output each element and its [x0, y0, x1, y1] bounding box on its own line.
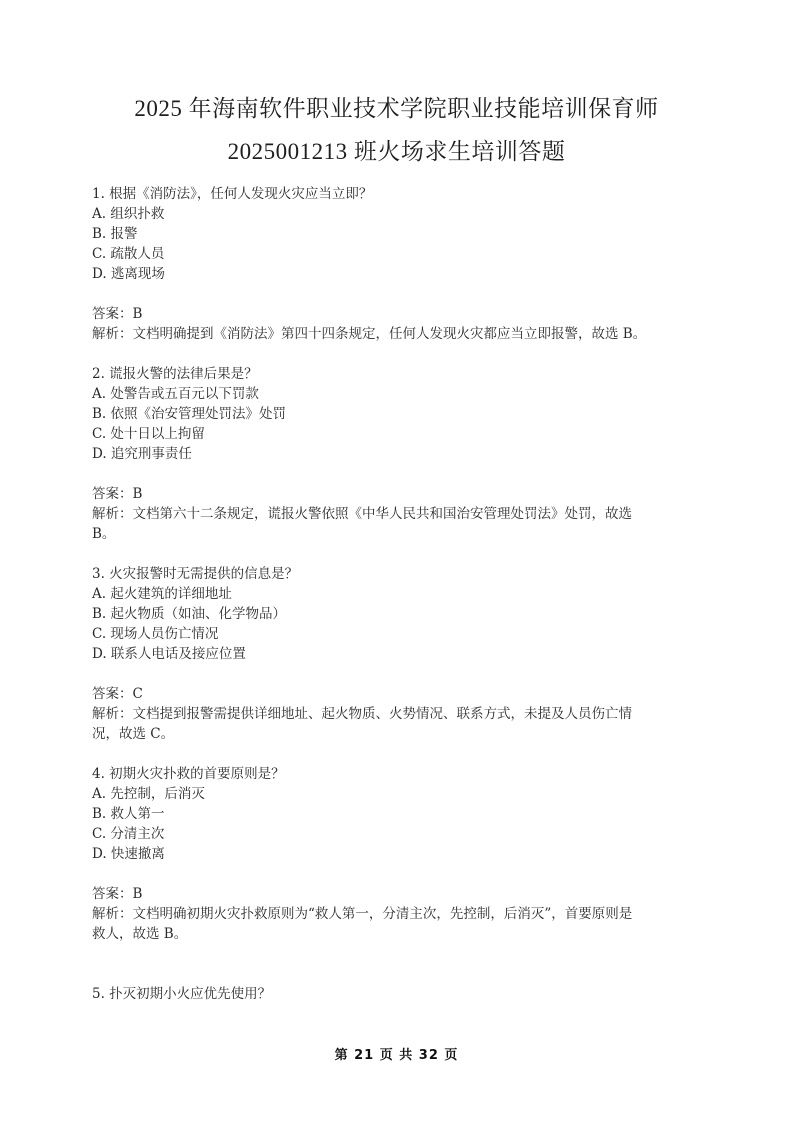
analysis-line1: 解析：文档提到报警需提供详细地址、起火物质、火势情况、联系方式，未提及人员伤亡情 [92, 704, 712, 724]
analysis-line2: 救人，故选 B。 [92, 924, 712, 944]
option-a: A. 处警告或五百元以下罚款 [92, 384, 712, 404]
question-3: 3. 火灾报警时无需提供的信息是？ A. 起火建筑的详细地址 B. 起火物质（如… [92, 564, 712, 764]
question-text: 3. 火灾报警时无需提供的信息是？ [92, 564, 712, 584]
option-b: B. 报警 [92, 224, 712, 244]
analysis-line2: B。 [92, 524, 712, 544]
option-d: D. 逃离现场 [92, 264, 712, 284]
option-c: C. 分清主次 [92, 824, 712, 844]
option-b: B. 依照《治安管理处罚法》处罚 [92, 404, 712, 424]
answer: 答案：C [92, 684, 712, 704]
question-4: 4. 初期火灾扑救的首要原则是？ A. 先控制，后消灭 B. 救人第一 C. 分… [92, 764, 712, 984]
option-d: D. 联系人电话及接应位置 [92, 644, 712, 664]
option-a: A. 组织扑救 [92, 204, 712, 224]
document-page: 2025 年海南软件职业技术学院职业技能培训保育师 2025001213 班火场… [0, 0, 793, 1122]
page-number-footer: 第 21 页 共 32 页 [0, 1044, 793, 1063]
option-d: D. 快速撤离 [92, 844, 712, 864]
option-b: B. 救人第一 [92, 804, 712, 824]
analysis: 解析：文档明确提到《消防法》第四十四条规定，任何人发现火灾都应当立即报警，故选 … [92, 324, 712, 344]
option-c: C. 疏散人员 [92, 244, 712, 264]
option-b: B. 起火物质（如油、化学物品） [92, 604, 712, 624]
option-a: A. 先控制，后消灭 [92, 784, 712, 804]
question-1: 1. 根据《消防法》，任何人发现火灾应当立即？ A. 组织扑救 B. 报警 C.… [92, 184, 712, 364]
answer: 答案：B [92, 884, 712, 904]
answer: 答案：B [92, 484, 712, 504]
document-body: 1. 根据《消防法》，任何人发现火灾应当立即？ A. 组织扑救 B. 报警 C.… [92, 184, 712, 1004]
analysis-line2: 况，故选 C。 [92, 724, 712, 744]
question-2: 2. 谎报火警的法律后果是？ A. 处警告或五百元以下罚款 B. 依照《治安管理… [92, 364, 712, 564]
analysis-line1: 解析：文档明确初期火灾扑救原则为“救人第一，分清主次，先控制，后消灭”，首要原则… [92, 904, 712, 924]
option-a: A. 起火建筑的详细地址 [92, 584, 712, 604]
question-5: 5. 扑灭初期小火应优先使用？ [92, 984, 712, 1004]
answer: 答案：B [92, 304, 712, 324]
option-c: C. 现场人员伤亡情况 [92, 624, 712, 644]
question-text: 5. 扑灭初期小火应优先使用？ [92, 984, 712, 1004]
option-c: C. 处十日以上拘留 [92, 424, 712, 444]
option-d: D. 追究刑事责任 [92, 444, 712, 464]
document-title-line2: 2025001213 班火场求生培训答题 [0, 133, 793, 166]
analysis-line1: 解析：文档第六十二条规定，谎报火警依照《中华人民共和国治安管理处罚法》处罚，故选 [92, 504, 712, 524]
document-title-line1: 2025 年海南软件职业技术学院职业技能培训保育师 [0, 90, 793, 123]
question-text: 2. 谎报火警的法律后果是？ [92, 364, 712, 384]
question-text: 4. 初期火灾扑救的首要原则是？ [92, 764, 712, 784]
question-text: 1. 根据《消防法》，任何人发现火灾应当立即？ [92, 184, 712, 204]
